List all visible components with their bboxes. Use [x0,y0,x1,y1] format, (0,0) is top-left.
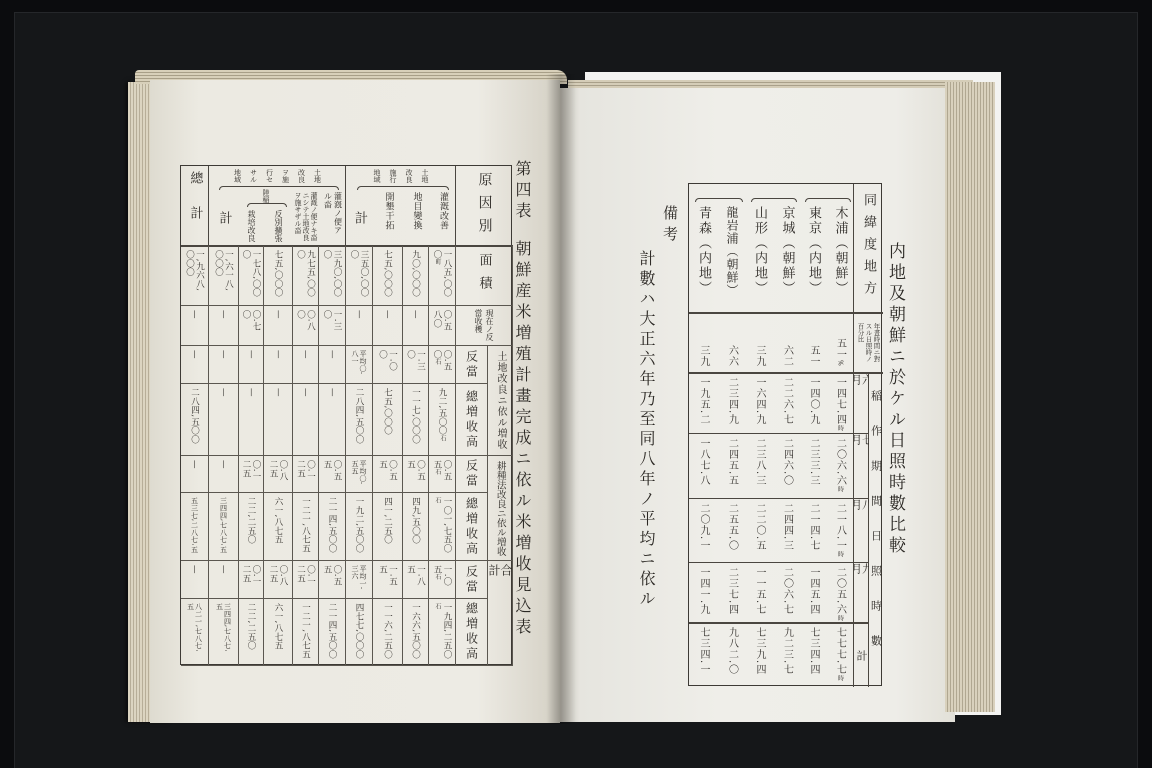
cell-current-yield-irrigation-improvement: 〇.五八〇 [429,306,456,346]
cell-sep-aomori: 一四一.九 [689,563,718,623]
cell-aug-ryuganpo: 二五五.〇 [718,499,746,563]
cell-sum-per-tan-upland-cultivation: 〇.一二五 [239,561,264,599]
header-upland-expansion: 反別擴張 [264,206,293,246]
header-yamagata: 山形（内地） [746,202,773,310]
cell-cult-total-unirrigated-paddy: 一二一,八七五 [293,493,319,561]
cell-cult-per-tan-reclamation: 〇.五五 [373,456,403,493]
cell-ratio-ryuganpo: 六六 [718,313,746,373]
sunshine-table: 同緯度地方 木浦（朝鮮） 東京（内地） 京城（朝鮮） 山形（内地） 龍岩浦（朝鮮… [688,183,882,686]
cell-sum-per-tan-upland-expansion: 〇.八二五 [264,561,293,599]
cell-land-per-tan-upland-expansion: — [264,346,293,384]
header-keijo: 京城（朝鮮） [773,202,801,310]
table-title: 朝鮮産米増殖計畫完成ニ依ル米増收見込表 [514,240,530,650]
cell-land-per-tan-grand-total: — [181,346,209,384]
cell-cult-total-upland-expansion: 六一,八七五 [264,493,293,561]
cell-cult-per-tan-land-conversion: 〇.五五 [403,456,429,493]
header-mokpo: 木浦（朝鮮） [826,202,854,310]
cell-jul-ryuganpo: 二四五.五 [718,434,746,499]
cell-current-yield-upland-expansion: — [264,306,293,346]
cell-total-yamagata: 七三九.四 [746,623,773,687]
cell-cult-total-upland-cultivation: 二二,二五〇 [239,493,264,561]
cell-jun-tokyo: 一四〇.九 [801,373,826,434]
cell-land-per-tan-land-conversion: 一.三〇 [403,346,429,384]
row-label-august: 八月 [854,499,869,562]
cell-land-total-irrigation-improvement: 九二,五〇〇石 [429,384,456,456]
row-label-total-increase: 總増收高 [456,493,488,561]
header-land-conversion: 地目變換 [403,188,429,246]
row-label-sunshine-ratio: 年晝時間ニ對スル日照時ノ百分比 [854,314,883,372]
cell-total-keijo: 九二三.七 [773,623,801,687]
row-label-total-increase: 總増收高 [456,384,488,456]
note-text: 計數ハ大正六年乃至同八年ノ平均ニ依ル [638,250,654,630]
header-group-unimproved: 土地改良ヲ施行セサル地域 [209,167,346,186]
cell-cult-total-improved-subtotal: 一九二,五〇〇 [346,493,373,561]
row-label-per-tan: 反當 [456,456,488,493]
cell-land-total-upland-cultivation: — [239,384,264,456]
cell-jun-yamagata: 一六四.九 [746,373,773,434]
row-group-total: 合計 [488,561,513,666]
cell-aug-tokyo: 二一四.七 [801,499,826,563]
cell-cult-per-tan-upland-cultivation: 〇.一二五 [239,456,264,493]
row-label-september: 九月 [854,563,869,622]
cell-area-improved-subtotal: 三五〇,〇〇〇 [346,246,373,306]
cell-ratio-tokyo: 五一 [801,313,826,373]
header-reclamation: 開墾干拓 [373,188,403,246]
cell-total-aomori: 七三四.一 [689,623,718,687]
cell-sum-total-improved-subtotal: 四七七,〇〇〇 [346,599,373,666]
cell-current-yield-reclamation: — [373,306,403,346]
cell-sum-total-upland-expansion: 六一,八七五 [264,599,293,666]
cell-land-total-irrigated-paddy: — [319,384,346,456]
cell-jul-aomori: 一八七.八 [689,434,718,499]
header-upland-cultivation: 栽培改良 [239,206,264,246]
cell-land-per-tan-unimproved-subtotal: — [209,346,239,384]
header-irrigation-improvement: 灌漑改善 [429,188,456,246]
cell-cult-total-irrigated-paddy: 二一四,五〇〇 [319,493,346,561]
row-group-cultivation-improvement: 耕種法改良ニ依ル増收 [488,456,513,561]
header-group-improved: 土地改良施行地域 [346,167,456,186]
row-label-area: 面積 [456,246,513,306]
cell-sum-per-tan-land-conversion: 一.八五 [403,561,429,599]
header-region-label: 同緯度地方 [854,184,883,312]
cell-jul-mokpo: 二〇六.六時 [826,434,854,499]
row-label-july: 七月 [854,434,869,498]
cell-aug-yamagata: 二二〇.五 [746,499,773,563]
cell-aug-aomori: 二〇九.一 [689,499,718,563]
cell-sep-tokyo: 一四五.四 [801,563,826,623]
cell-area-unirrigated-paddy: 九七五,〇〇〇 [293,246,319,306]
cell-aug-keijo: 二四四.三 [773,499,801,563]
cell-current-yield-unirrigated-paddy: 〇.八〇 [293,306,319,346]
cell-sum-total-grand-total: 八二一,七八七.五 [181,599,209,666]
cell-sum-per-tan-irrigated-paddy: 〇.五五 [319,561,346,599]
cell-jul-yamagata: 二三八.三 [746,434,773,499]
cell-cult-per-tan-upland-expansion: 〇.八二五 [264,456,293,493]
cell-area-irrigated-paddy: 三九〇,〇〇〇 [319,246,346,306]
row-label-per-tan: 反當 [456,346,488,384]
cell-area-reclamation: 七五,〇〇〇 [373,246,403,306]
cell-area-irrigation-improvement: 一八五,〇〇〇町 [429,246,456,306]
cell-current-yield-improved-subtotal: — [346,306,373,346]
cell-sum-per-tan-grand-total: — [181,561,209,599]
cell-cult-total-unimproved-subtotal: 三四四,七八七.五 [209,493,239,561]
cell-land-total-improved-subtotal: 二八四,五〇〇 [346,384,373,456]
cell-cult-per-tan-irrigation-improvement: 〇.五五石 [429,456,456,493]
row-label-total: 計 [854,624,869,686]
cell-sum-total-unirrigated-paddy: 一二一,八七五 [293,599,319,666]
cell-land-per-tan-improved-subtotal: 平均〇.八一 [346,346,373,384]
cell-current-yield-upland-cultivation: 〇.七〇 [239,306,264,346]
cell-sum-total-irrigated-paddy: 二一四,五〇〇 [319,599,346,666]
cell-land-total-reclamation: 七五,〇〇〇 [373,384,403,456]
cell-ratio-aomori: 三九 [689,313,718,373]
cell-ratio-yamagata: 三九 [746,313,773,373]
header-upland-rice: 陸稲 [239,188,293,203]
row-label-total-increase: 總増收高 [456,599,488,666]
cell-land-total-grand-total: 二八四,五〇〇 [181,384,209,456]
cell-jun-ryuganpo: 二三四.九 [718,373,746,434]
cell-sum-total-irrigation-improvement: 一九四,二五〇石 [429,599,456,666]
right-page-edges [945,82,995,712]
header-tokyo: 東京（内地） [801,202,826,310]
header-unirrigated-paddy: 灌漑ノ便ナキ畓ニシテ土地改良ヲ施サザル畓 [293,188,319,246]
cell-sum-total-unimproved-subtotal: 三四四,七八七.五 [209,599,239,666]
cell-area-upland-cultivation: 一七八,〇〇〇 [239,246,264,306]
table-number: 第四表 [514,160,530,230]
rice-increase-table: 原因別 總計 土地改良施行地域 土地改良ヲ施行セサル地域 灌漑改善 地目變換 開… [180,165,512,665]
cell-sep-mokpo: 二〇五.六時 [826,563,854,623]
cell-cult-per-tan-irrigated-paddy: 〇.五五 [319,456,346,493]
header-ryuganpo: 龍岩浦（朝鮮） [718,202,746,310]
row-group-rice-period: 稲作期間日照時數 [869,374,883,686]
cell-cult-per-tan-improved-subtotal: 平均〇.五五 [346,456,373,493]
cell-land-per-tan-reclamation: 一.〇〇 [373,346,403,384]
cell-cult-per-tan-unimproved-subtotal: — [209,456,239,493]
cell-ratio-mokpo: 五一% [826,313,854,373]
header-unimproved-subtotal: 計 [209,188,239,246]
header-aomori: 青森（内地） [689,202,718,310]
cell-sep-keijo: 二〇六.七 [773,563,801,623]
header-improved-subtotal: 計 [346,188,373,246]
sunshine-table-title: 内地及朝鮮ニ於ケル日照時數比較 [886,242,903,572]
cell-area-unimproved-subtotal: 一,六一八,〇〇〇 [209,246,239,306]
cell-sum-per-tan-unimproved-subtotal: — [209,561,239,599]
cell-sum-per-tan-unirrigated-paddy: 〇.一二五 [293,561,319,599]
cell-jun-keijo: 二二六.七 [773,373,801,434]
cell-cult-total-land-conversion: 四九,五〇〇 [403,493,429,561]
cell-sum-total-upland-cultivation: 二二,二五〇 [239,599,264,666]
cell-current-yield-irrigated-paddy: 一.三〇 [319,306,346,346]
cell-land-total-upland-expansion: — [264,384,293,456]
cell-land-per-tan-irrigation-improvement: 〇.五〇石 [429,346,456,384]
cell-land-per-tan-irrigated-paddy: — [319,346,346,384]
cell-ratio-keijo: 六二 [773,313,801,373]
cell-land-per-tan-unirrigated-paddy: — [293,346,319,384]
note-label: 備考 [662,205,677,250]
cell-cult-total-irrigation-improvement: 一〇一,七五〇石 [429,493,456,561]
cell-current-yield-land-conversion: — [403,306,429,346]
row-label-current-yield: 現在ノ反當收穫 [456,306,513,346]
cell-jun-mokpo: 一四七.四時 [826,373,854,434]
cell-sep-yamagata: 一一五.七 [746,563,773,623]
cell-total-mokpo: 七七七.七時 [826,623,854,687]
cell-jul-tokyo: 二三三.三 [801,434,826,499]
cell-land-total-unirrigated-paddy: — [293,384,319,456]
cell-total-ryuganpo: 九八二.〇 [718,623,746,687]
cell-jul-keijo: 二四六.〇 [773,434,801,499]
cell-area-grand-total: 一,九六八,〇〇〇 [181,246,209,306]
row-label-june: 六月 [854,374,869,433]
cell-current-yield-unimproved-subtotal: — [209,306,239,346]
cell-sum-per-tan-reclamation: 一.五五 [373,561,403,599]
cell-sum-total-reclamation: 一一六,二五〇 [373,599,403,666]
row-group-land-improvement: 土地改良ニ依ル増收 [488,346,513,456]
cell-current-yield-grand-total: — [181,306,209,346]
cell-land-per-tan-upland-cultivation: — [239,346,264,384]
cell-area-land-conversion: 九〇,〇〇〇 [403,246,429,306]
cell-land-total-unimproved-subtotal: — [209,384,239,456]
cell-cult-total-reclamation: 四一,二五〇 [373,493,403,561]
cell-cult-per-tan-unirrigated-paddy: 〇.一二五 [293,456,319,493]
cell-sum-per-tan-improved-subtotal: 平均一.三六 [346,561,373,599]
cell-area-upland-expansion: 七五,〇〇〇 [264,246,293,306]
cell-aug-mokpo: 二一八.一時 [826,499,854,563]
cell-sep-ryuganpo: 二三七.四 [718,563,746,623]
cell-total-tokyo: 七三四.四 [801,623,826,687]
header-grand-total: 總計 [181,166,209,246]
cell-cult-per-tan-grand-total: — [181,456,209,493]
header-cause: 原因別 [456,166,513,246]
book-spine-shadow [546,74,576,724]
cell-sum-per-tan-irrigation-improvement: 一.〇五石 [429,561,456,599]
cell-cult-total-grand-total: 五三七,二八七.五 [181,493,209,561]
cell-land-total-land-conversion: 一一七,〇〇〇 [403,384,429,456]
cell-jun-aomori: 一九五.二 [689,373,718,434]
header-irrigated-paddy: 灌漑ノ便アル畓 [319,188,346,246]
cell-sum-total-land-conversion: 一六六,五〇〇 [403,599,429,666]
row-label-per-tan: 反當 [456,561,488,599]
